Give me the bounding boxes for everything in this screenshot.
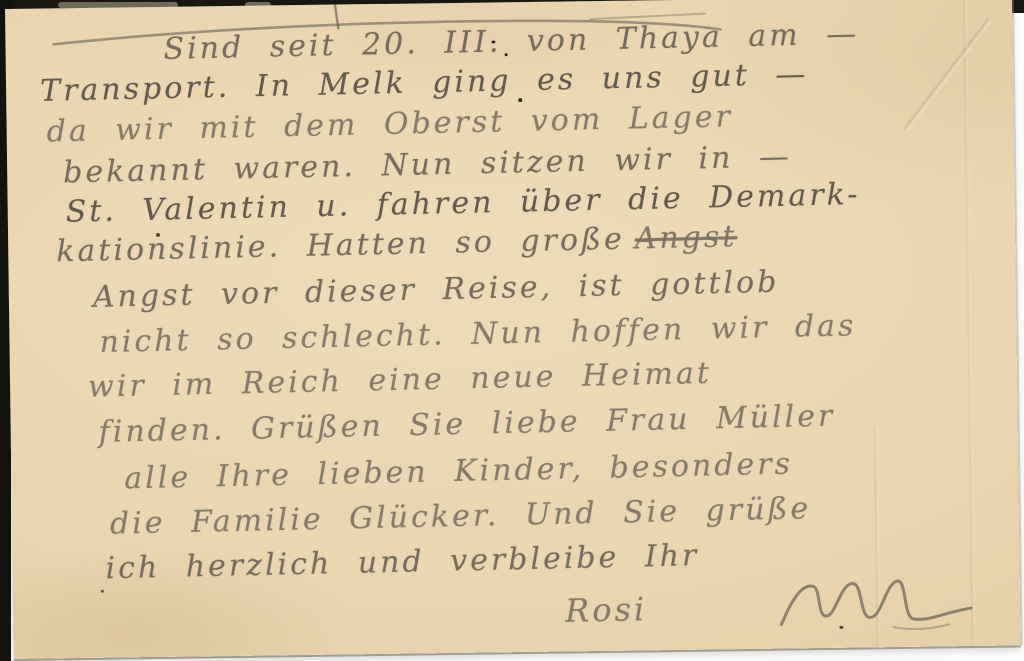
paper-crease bbox=[902, 16, 993, 132]
handwriting-line: wir im Reich eine neue Heimat bbox=[88, 356, 712, 405]
handwriting-text: kationslinie. Hatten so große bbox=[56, 222, 625, 270]
handwriting-line: nicht so schlecht. Nun hoffen wir das bbox=[99, 308, 857, 360]
handwriting-line: ich herzlich und verbleibe Ihr bbox=[105, 538, 700, 586]
handwriting-line: finden. Grüßen Sie liebe Frau Müller bbox=[98, 399, 835, 450]
postcard-scan: Sind seit 20. III. von Thaya am — Transp… bbox=[5, 0, 1021, 659]
signature-name: Rosi bbox=[565, 590, 648, 630]
handwriting-line: Angst vor dieser Reise, ist gottlob bbox=[93, 265, 780, 315]
paper-speck bbox=[518, 98, 522, 102]
paper-speck bbox=[101, 590, 104, 593]
handwriting-line: die Familie Glücker. Und Sie grüße bbox=[110, 491, 812, 542]
paper-crease bbox=[962, 0, 977, 646]
signature-paraph-scribble bbox=[773, 564, 994, 639]
struck-out-word: Angst bbox=[634, 219, 737, 256]
handwriting-line: alle Ihre lieben Kinder, besonders bbox=[124, 447, 793, 497]
